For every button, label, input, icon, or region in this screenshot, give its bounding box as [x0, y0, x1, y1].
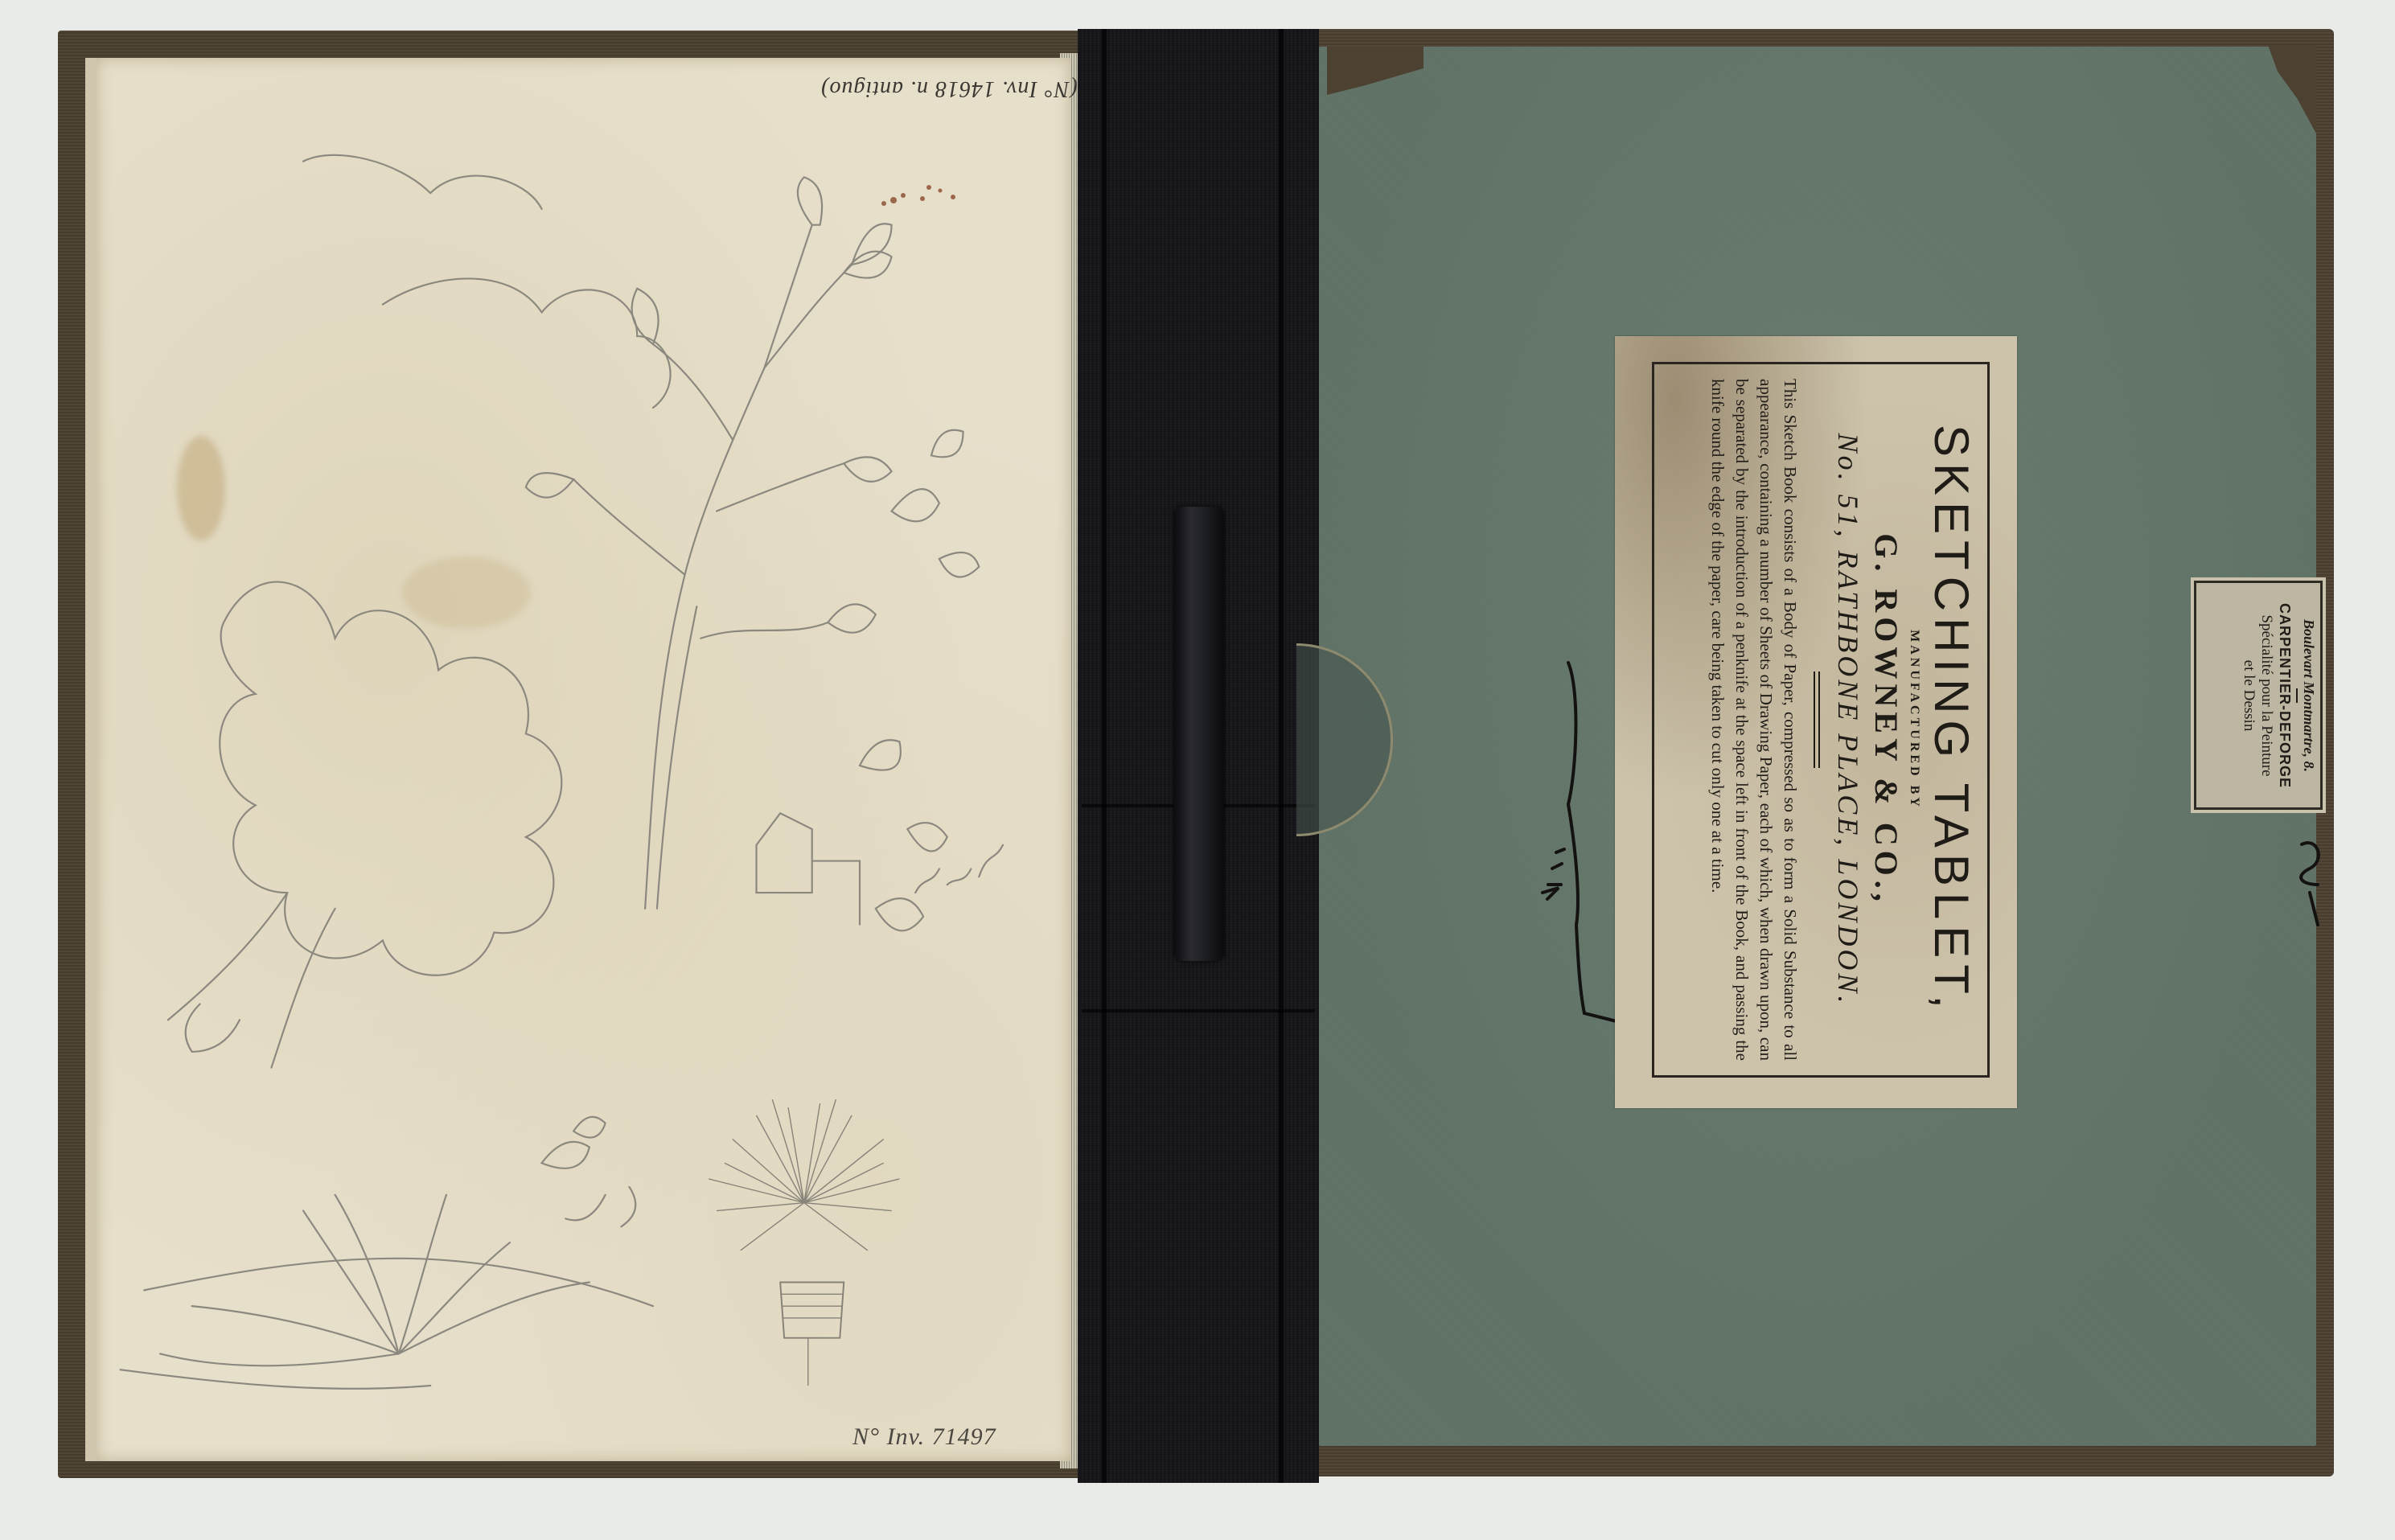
stationer-name: CARPENTIER-DEFORGE	[2275, 587, 2294, 804]
maker-label-rule	[1814, 671, 1820, 768]
stationer-specialty-1: Spécialité pour la Peinture	[2257, 587, 2275, 804]
maker-label-description: This Sketch Book consists of a Body of P…	[1706, 366, 1802, 1074]
stationer-street: Boulevart Montmartre, 8.	[2299, 587, 2319, 804]
maker-label-maker: G. ROWNEY & CO.,	[1867, 366, 1905, 1074]
stationer-specialty-2: et le Dessin	[2240, 587, 2257, 804]
ink-annotation-marks	[0, 0, 2395, 1540]
maker-label-text: SKETCHING TABLET, MANUFACTURED BY G. ROW…	[1656, 366, 1986, 1074]
maker-label-title: SKETCHING TABLET,	[1923, 366, 1979, 1074]
maker-label-manufactured-by: MANUFACTURED BY	[1905, 366, 1923, 1074]
stationer-dash	[2296, 688, 2298, 703]
stationer-label-text: Boulevart Montmartre, 8. CARPENTIER-DEFO…	[2198, 587, 2319, 804]
maker-label-address: No. 51, RATHBONE PLACE, LONDON.	[1830, 366, 1867, 1074]
